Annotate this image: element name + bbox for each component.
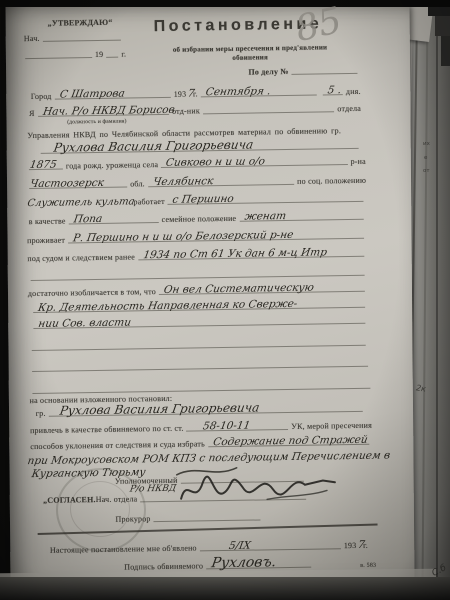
case-number-line: По делу № xyxy=(248,64,360,78)
charge-handwritten-1: Он вел Систематическую xyxy=(163,282,315,296)
resides-blank: Р. Першино н и ш о/о Белозерский р-не xyxy=(68,238,364,244)
podpis-label: Подпись обвиняемого xyxy=(124,561,203,572)
official-handwritten: Нач. Р/о НКВД Борисов xyxy=(42,104,176,118)
month-blank: Сентября . xyxy=(201,95,317,98)
city-date-line: Город С Шатрова 193 7 г. Сентября . 5 . … xyxy=(31,85,361,102)
year-19: 19 xyxy=(95,50,104,60)
resides-label: проживает xyxy=(27,236,65,247)
announce-line: Настоящее постановление мне об'явлено 5/… xyxy=(50,539,368,556)
charge-label: достаточно изобличается в том, что xyxy=(28,287,156,299)
oblast-handwritten: Челябинск xyxy=(152,175,214,188)
obl-label: обл. xyxy=(130,179,145,189)
capacity-blank: Попа xyxy=(69,222,159,224)
accused-signature-line: Подпись обвиняемого Рухловъ. xyxy=(124,554,314,573)
position-note-label: (должность и фамилия) xyxy=(67,119,127,127)
accused-blank: Рухлова Василия Григорьевича xyxy=(41,148,359,154)
prokuror-label: Прокурор xyxy=(115,514,150,525)
subtitle-line2: обвинения xyxy=(232,53,268,63)
accused-signature-handwritten: Рухловъ. xyxy=(210,554,277,571)
city-label: Город xyxy=(31,92,52,102)
case-label: По делу № xyxy=(248,67,288,78)
ya-label: Я xyxy=(29,109,35,119)
form-number: в. 583 xyxy=(360,557,390,569)
village-handwritten: Сивково н и ш о/о xyxy=(165,155,266,169)
oblast-blank: Челябинск xyxy=(148,184,294,187)
works-handwritten: с Першино xyxy=(172,193,235,206)
soc-label: по соц. положению xyxy=(297,176,366,187)
birth-line: 1875 года рожд. уроженца села Сивково н … xyxy=(26,155,366,172)
accused-handwritten-2: Рухлова Василия Григорьевича xyxy=(59,400,261,417)
works-line: Служитель культа работает с Першино xyxy=(26,192,366,209)
resides-handwritten: Р. Першино н и ш о/о Белозерский р-не xyxy=(72,229,294,244)
articles-line: привлечь в качестве обвиняемого по ст. с… xyxy=(30,419,372,436)
announce-blank: 5/IX xyxy=(200,548,341,551)
day-blank: 5 . xyxy=(323,94,343,95)
year-g: г. xyxy=(121,50,126,60)
birth-year-blank: 1875 xyxy=(29,169,63,171)
charge-line: достаточно изобличается в том, что Он ве… xyxy=(28,282,368,299)
court-blank: 1934 по Ст 61 Ук дан 6 м-ц Итр xyxy=(138,256,364,261)
district-handwritten: Частоозерск xyxy=(29,177,105,190)
position-note: (должность и фамилия) xyxy=(67,116,197,126)
document-content: „УТВЕРЖДАЮ“ Нач. 19 г. Постановление 85 … xyxy=(0,0,450,600)
measure-label: способов уклонения от следствия и суда и… xyxy=(30,439,205,452)
measure-line: способов уклонения от следствия и суда и… xyxy=(30,435,372,452)
blank-ruled-line xyxy=(29,336,369,353)
blank-line xyxy=(106,57,118,58)
court-handwritten: 1934 по Ст 61 Ук дан 6 м-ц Итр xyxy=(142,246,328,261)
works-label: работает xyxy=(133,197,164,207)
charge-handwritten-2: Кр. Деятельность Направленная ко Сверже- xyxy=(37,298,298,314)
approve-date-line: 19 г. xyxy=(22,48,126,62)
court-label: под судом и следствием ранее xyxy=(27,252,135,264)
year-193: 193 xyxy=(174,90,187,100)
form-number-label: в. 583 xyxy=(360,563,376,570)
subtitle-2: обвинения xyxy=(144,49,356,64)
family-handwritten: женат xyxy=(243,210,286,223)
birth-label: года рожд. уроженца села xyxy=(66,160,158,171)
official-signature xyxy=(170,456,341,517)
podpis-blank: Рухловъ. xyxy=(206,567,311,570)
margin-mark: е xyxy=(424,155,427,161)
blank-line xyxy=(32,345,366,351)
blank-ruled-line xyxy=(28,266,368,283)
margin-mark: их xyxy=(423,141,430,147)
family-label: семейное положение xyxy=(162,214,237,225)
blank-line xyxy=(25,57,92,59)
accused-line-1: Рухлова Василия Григорьевича xyxy=(37,137,361,156)
village-blank: Сивково н и ш о/о xyxy=(161,164,347,168)
charge-line-2: Кр. Деятельность Направленная ко Сверже- xyxy=(30,298,368,315)
articles-handwritten: 58-10-11 xyxy=(203,420,252,433)
family-blank: женат xyxy=(239,219,363,222)
charge-blank-3: нии Сов. власти xyxy=(33,323,365,329)
margin-mark: от xyxy=(423,168,430,174)
margin-mark: 2к xyxy=(415,383,426,393)
nach-otdela-label: Нач. отдела xyxy=(96,494,138,505)
resides-line: проживает Р. Першино н и ш о/о Белозерск… xyxy=(27,229,367,246)
blank-line xyxy=(32,366,368,372)
charge-blank-2: Кр. Деятельность Направленная ко Сверже- xyxy=(33,307,365,313)
district-blank: Частоозерск xyxy=(29,187,127,190)
blank-line xyxy=(292,73,358,75)
blank-line xyxy=(43,40,121,42)
announce-label: Настоящее постановление мне об'явлено xyxy=(50,543,197,555)
prokuror-line: Прокурор xyxy=(115,510,263,524)
announce-date-handwritten: 5/IX xyxy=(228,540,252,552)
measure-blank: Содержание под Стражей xyxy=(208,444,369,448)
approve-label: „УТВЕРЖДАЮ“ xyxy=(48,18,113,29)
nach-label: Нач. xyxy=(24,34,40,44)
gr-label: гр. xyxy=(36,409,46,419)
measure-handwritten: Содержание под Стражей xyxy=(212,434,368,448)
articles-label-1: привлечь в качестве обвиняемого по ст. с… xyxy=(30,424,184,436)
document-photo: „УТВЕРЖДАЮ“ Нач. 19 г. Постановление 85 … xyxy=(0,0,450,600)
capacity-line: в качестве Попа семейное положение женат xyxy=(29,210,367,227)
charge-blank: Он вел Систематическую xyxy=(159,291,365,295)
capacity-handwritten: Попа xyxy=(73,213,103,225)
otdela-label: отдела xyxy=(337,104,361,114)
day-handwritten: 5 . xyxy=(327,84,342,96)
soglasen-label: „СОГЛАСЕН. xyxy=(43,495,96,506)
city-handwritten: С Шатрова xyxy=(59,88,126,101)
court-line: под судом и следствием ранее 1934 по Ст … xyxy=(27,247,367,264)
accused-handwritten: Рухлова Василия Григорьевича xyxy=(53,138,255,155)
separator-rule xyxy=(38,524,378,535)
approve-block: „УТВЕРЖДАЮ“ xyxy=(48,15,140,28)
works-blank: с Першино xyxy=(168,201,364,205)
rna-label: р-на xyxy=(350,157,365,167)
announce-7-handwritten: 7 xyxy=(356,539,365,551)
soc-handwritten: Служитель культа xyxy=(27,196,136,209)
prokuror-blank xyxy=(154,519,261,522)
charge-handwritten-3: нии Сов. власти xyxy=(37,316,131,329)
articles-blank: 58-10-11 xyxy=(187,429,289,432)
blank-line xyxy=(203,111,334,114)
city-blank: С Шатрова xyxy=(55,97,171,100)
day-label: дня. xyxy=(346,87,361,97)
capacity-label: в качестве xyxy=(29,216,66,227)
month-handwritten: Сентября . xyxy=(205,85,272,98)
birth-year-handwritten: 1875 xyxy=(29,159,58,171)
announce-193: 193 xyxy=(344,541,357,551)
accused-blank-2: Рухлова Василия Григорьевича xyxy=(49,411,363,417)
otd-label: отд-ник xyxy=(172,106,200,116)
year-7-handwritten: 7 xyxy=(186,87,195,99)
articles-label-2: УК, мерой пресечения xyxy=(291,421,372,432)
oblast-line: Частоозерск обл. Челябинск по соц. полож… xyxy=(26,174,366,191)
charge-line-3: нии Сов. власти xyxy=(30,314,368,331)
blank-line xyxy=(31,275,365,281)
approve-nach-line: Нач. xyxy=(24,31,124,45)
accused-line-2: гр. Рухлова Василия Григорьевича xyxy=(36,400,366,419)
blank-ruled-line xyxy=(29,357,371,374)
